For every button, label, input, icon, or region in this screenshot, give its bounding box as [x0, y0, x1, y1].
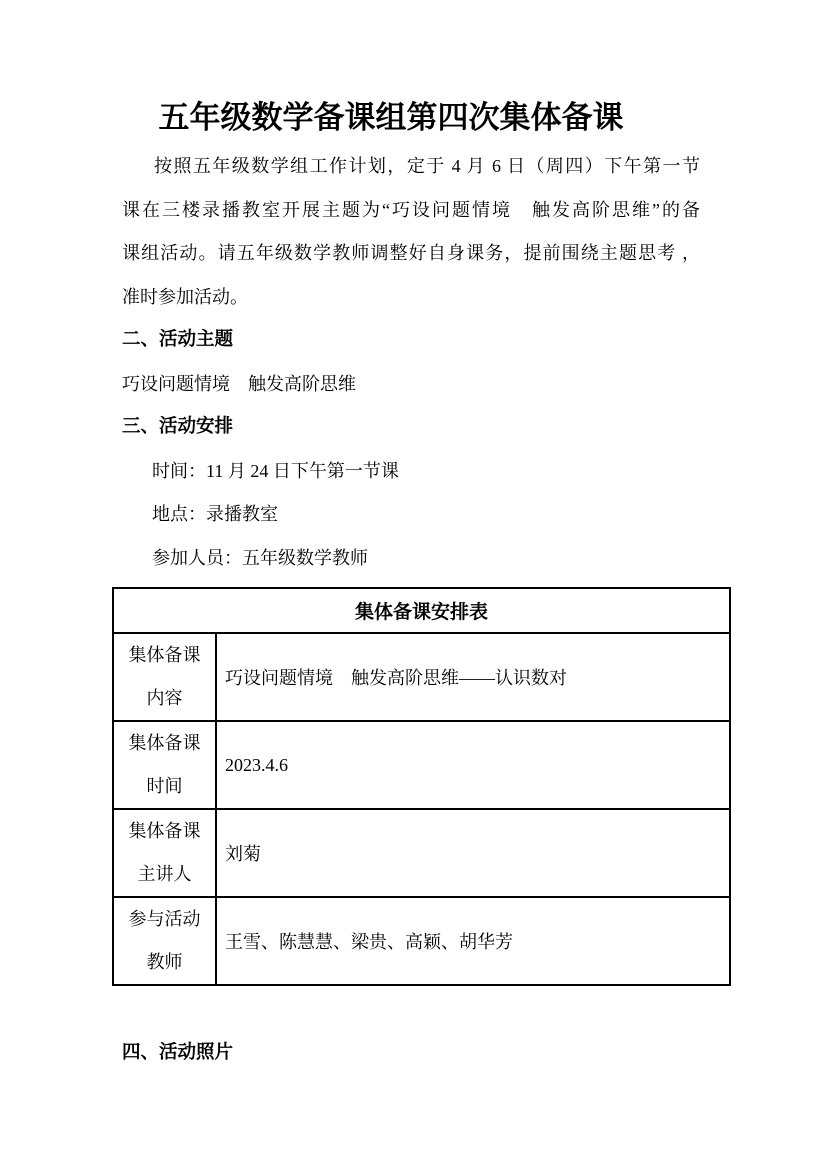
row-label-line: 时间 [114, 765, 215, 808]
table-row: 集体备课 时间 2023.4.6 [113, 721, 730, 809]
table-title: 集体备课安排表 [113, 588, 730, 633]
row-label-cell: 集体备课 内容 [113, 633, 216, 721]
row-value-cell: 王雪、陈慧慧、梁贵、高颖、胡华芳 [216, 897, 730, 985]
document-content: 五年级数学备课组第四次集体备课 按照五年级数学组工作计划，定于 4 月 6 日（… [122, 96, 700, 1076]
paragraph-line: 课组活动。请五年级数学教师调整好自身课务，提前围绕主题思考 ， [122, 232, 700, 276]
row-label-line: 教师 [114, 941, 215, 984]
paragraph-line: 按照五年级数学组工作计划，定于 4 月 6 日（周四）下午第一节 [122, 145, 700, 189]
section-heading-schedule: 三、活动安排 [122, 406, 700, 450]
schedule-table: 集体备课安排表 集体备课 内容 巧设问题情境 触发高阶思维——认识数对 集体备课… [112, 587, 731, 986]
row-label-line: 参与活动 [114, 898, 215, 941]
row-label-cell: 参与活动 教师 [113, 897, 216, 985]
table-row: 集体备课 主讲人 刘菊 [113, 809, 730, 897]
schedule-time: 时间：11 月 24 日下午第一节课 [122, 450, 700, 494]
theme-text: 巧设问题情境 触发高阶思维 [122, 363, 700, 407]
row-label-line: 集体备课 [114, 810, 215, 853]
table-header-row: 集体备课安排表 [113, 588, 730, 633]
row-label-line: 集体备课 [114, 634, 215, 677]
intro-paragraph: 按照五年级数学组工作计划，定于 4 月 6 日（周四）下午第一节 课在三楼录播教… [122, 145, 700, 319]
row-label-line: 集体备课 [114, 722, 215, 765]
row-label-cell: 集体备课 主讲人 [113, 809, 216, 897]
section-heading-theme: 二、活动主题 [122, 319, 700, 363]
table-row: 集体备课 内容 巧设问题情境 触发高阶思维——认识数对 [113, 633, 730, 721]
paragraph-line: 课在三楼录播教室开展主题为“巧设问题情境 触发高阶思维”的备 [122, 189, 700, 233]
row-value-cell: 刘菊 [216, 809, 730, 897]
row-label-cell: 集体备课 时间 [113, 721, 216, 809]
schedule-participants: 参加人员：五年级数学教师 [122, 537, 700, 581]
row-value-cell: 2023.4.6 [216, 721, 730, 809]
table-row: 参与活动 教师 王雪、陈慧慧、梁贵、高颖、胡华芳 [113, 897, 730, 985]
row-label-line: 内容 [114, 677, 215, 720]
document-title: 五年级数学备课组第四次集体备课 [102, 96, 680, 140]
schedule-place: 地点：录播教室 [122, 493, 700, 537]
row-value-cell: 巧设问题情境 触发高阶思维——认识数对 [216, 633, 730, 721]
section-heading-photos: 四、活动照片 [122, 1032, 700, 1076]
row-label-line: 主讲人 [114, 853, 215, 896]
document-page: 五年级数学备课组第四次集体备课 按照五年级数学组工作计划，定于 4 月 6 日（… [0, 0, 827, 1170]
paragraph-line: 准时参加活动。 [122, 276, 700, 320]
